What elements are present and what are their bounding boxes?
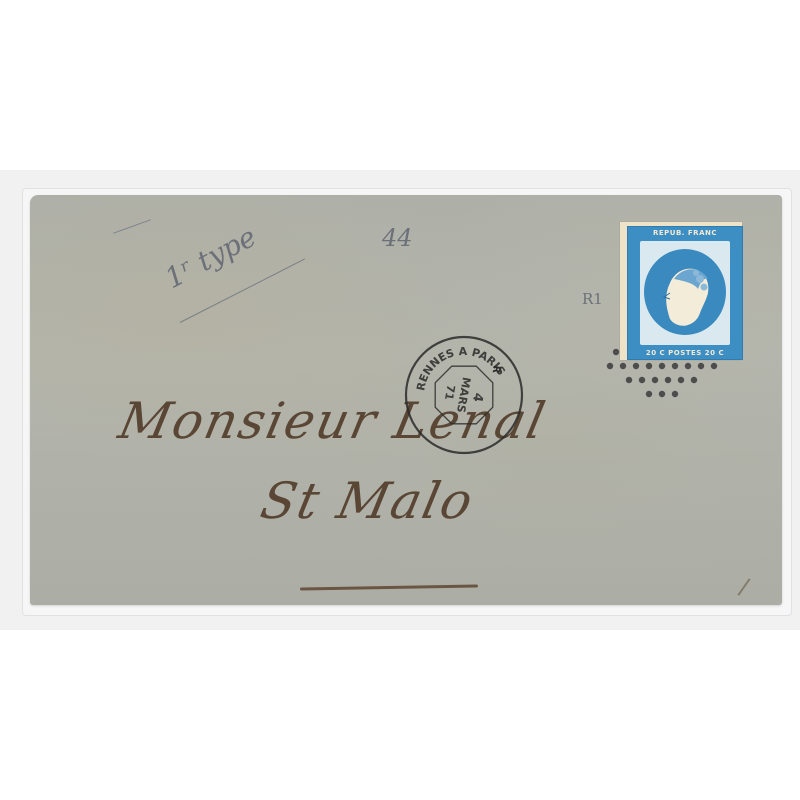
postmark-icon: RENNES A PARIS 4 MARS 71 R (402, 333, 526, 457)
svg-text:R: R (490, 364, 502, 374)
svg-text:4: 4 (469, 392, 485, 404)
address-city: St Malo (256, 472, 480, 530)
lozenge-cancellation-icon (600, 300, 730, 420)
pencil-note-number: 44 (382, 224, 413, 252)
svg-text:71: 71 (442, 384, 457, 401)
stamp-top-text: REPUB. FRANC (628, 229, 742, 237)
